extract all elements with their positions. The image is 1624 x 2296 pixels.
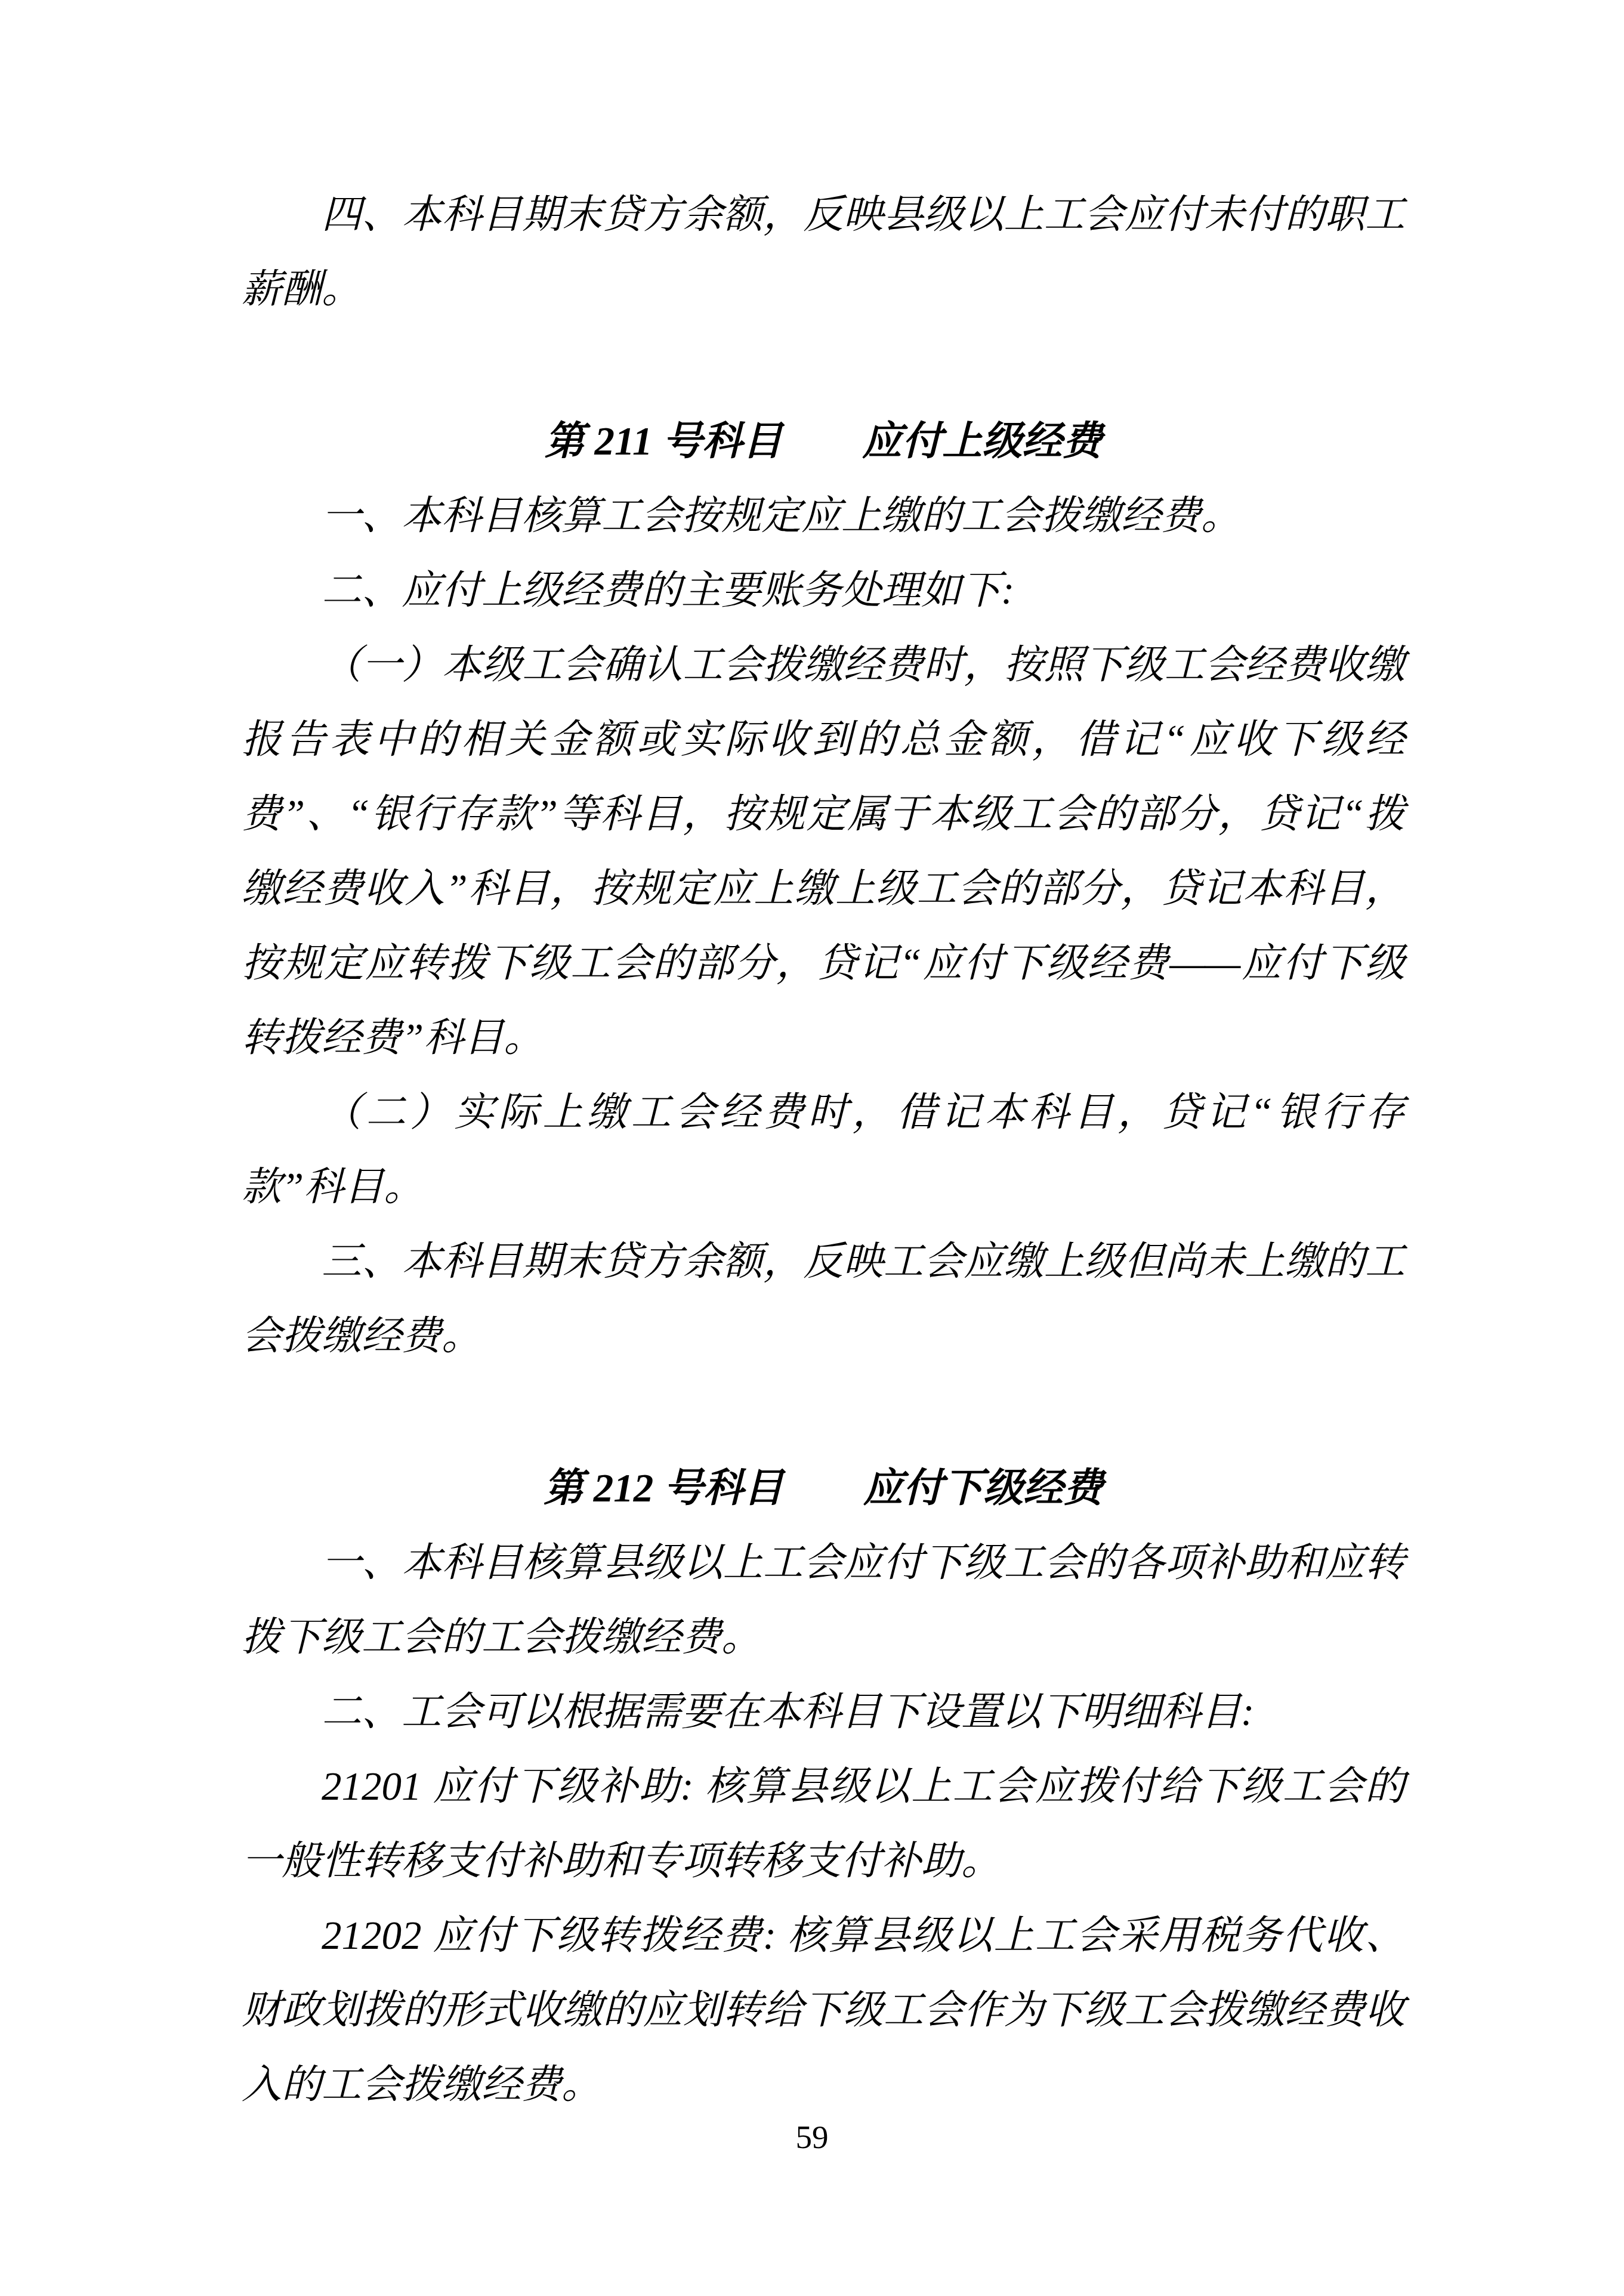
body-paragraph: （一）本级工会确认工会拨缴经费时，按照下级工会经费收缴报告表中的相关金额或实际收… [242,628,1405,1076]
body-paragraph: 21201 应付下级补助: 核算县级以上工会应拨付给下级工会的一般性转移支付补助… [242,1750,1405,1899]
body-paragraph: 二、工会可以根据需要在本科目下设置以下明细科目: [242,1675,1405,1750]
heading-211: 第 211 号科目 应付上级经费 [242,404,1405,479]
body-paragraph: 二、应付上级经费的主要账务处理如下: [242,554,1405,628]
document-body: 四、本科目期末贷方余额，反映县级以上工会应付未付的职工薪酬。 第 211 号科目… [242,178,1405,2122]
body-paragraph: 21202 应付下级转拨经费: 核算县级以上工会采用税务代收、财政划拨的形式收缴… [242,1899,1405,2122]
page-number: 59 [0,2119,1624,2156]
document-page: 四、本科目期末贷方余额，反映县级以上工会应付未付的职工薪酬。 第 211 号科目… [0,0,1624,2296]
body-paragraph: 一、本科目核算县级以上工会应付下级工会的各项补助和应转拨下级工会的工会拨缴经费。 [242,1526,1405,1675]
body-paragraph: （二）实际上缴工会经费时，借记本科目，贷记“银行存款”科目。 [242,1076,1405,1225]
heading-212: 第 212 号科目 应付下级经费 [242,1451,1405,1526]
body-paragraph: 四、本科目期末贷方余额，反映县级以上工会应付未付的职工薪酬。 [242,178,1405,327]
body-paragraph: 一、本科目核算工会按规定应上缴的工会拨缴经费。 [242,479,1405,554]
body-paragraph: 三、本科目期末贷方余额，反映工会应缴上级但尚未上缴的工会拨缴经费。 [242,1225,1405,1374]
